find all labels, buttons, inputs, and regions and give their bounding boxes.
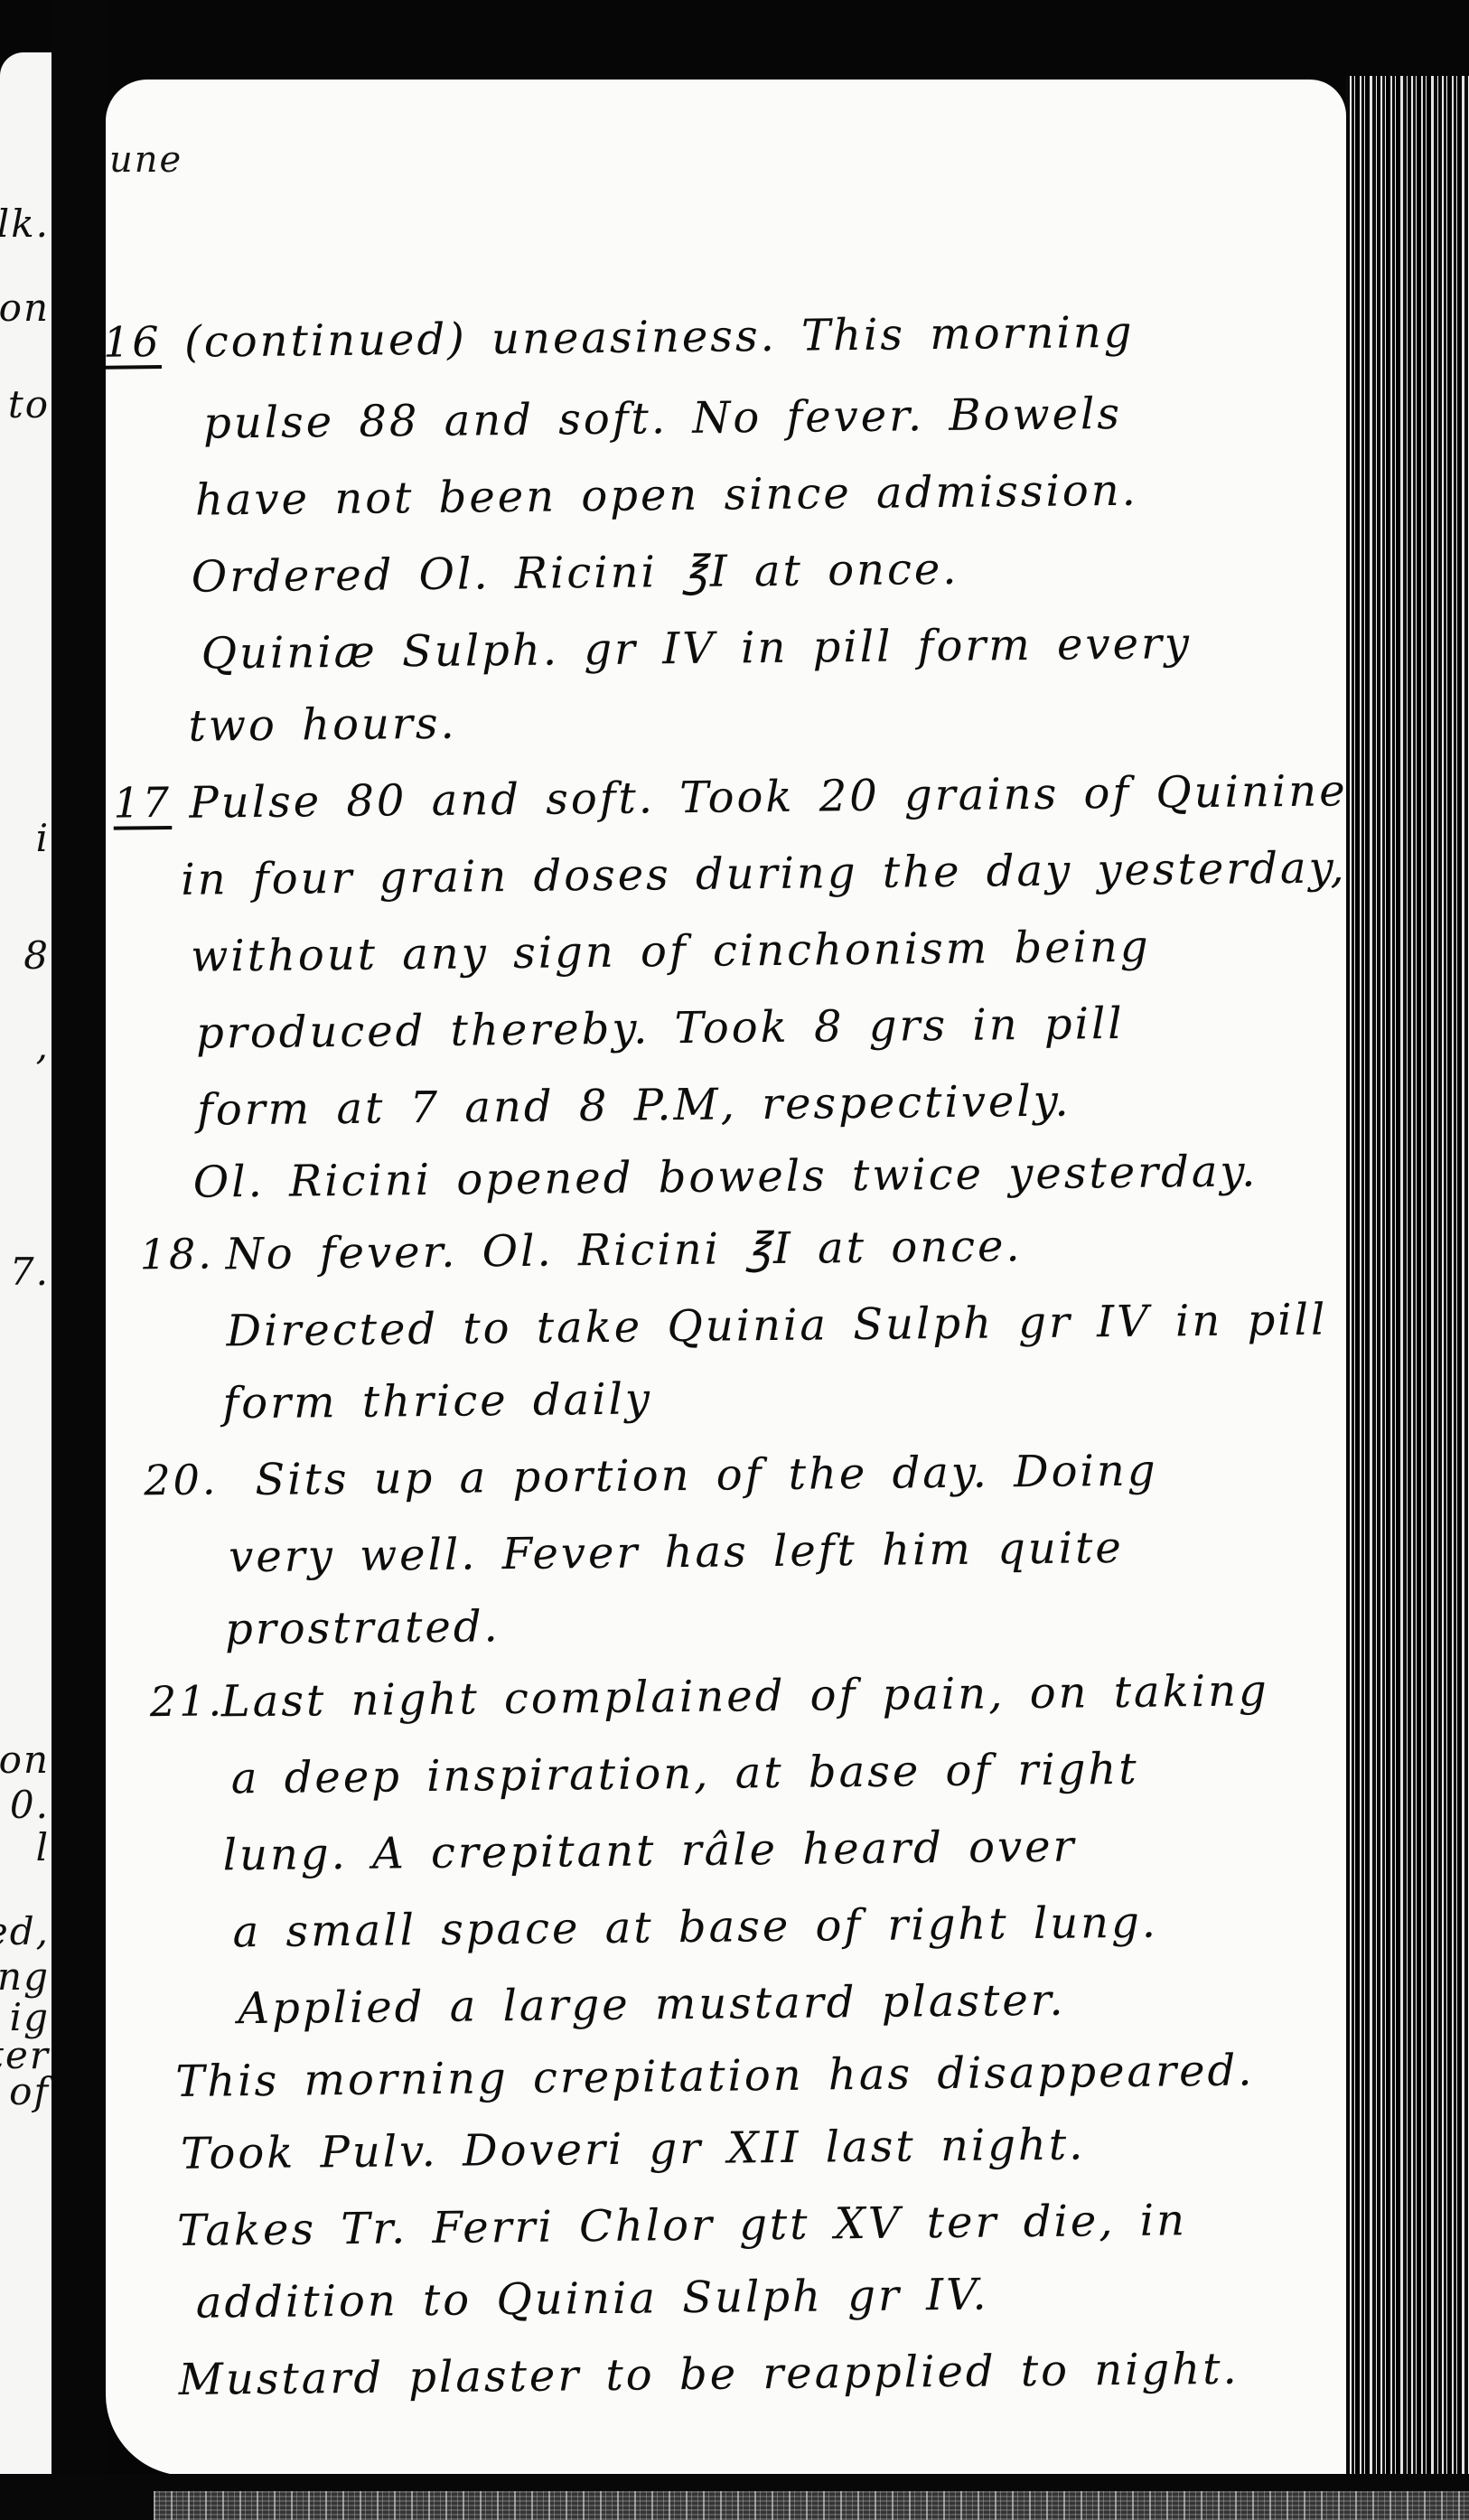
- scanned-page-photo: lk. on to i 8 , 7. tion 0. l ed, lung ig…: [0, 0, 1469, 2520]
- manuscript-line: Took Pulv. Doveri gr XII last night.: [115, 2116, 1346, 2185]
- manuscript-line: 16(continued) uneasiness. This morning: [106, 304, 1336, 373]
- margin-fragment: l: [36, 1825, 50, 1869]
- margin-fragment: ed,: [0, 1909, 50, 1953]
- manuscript-line: Ol. Ricini opened bowels twice yesterday…: [106, 1145, 1345, 1213]
- margin-fragment: 0.: [10, 1783, 50, 1827]
- manuscript-line: Directed to take Quinia Sulph gr IV in p…: [106, 1294, 1346, 1363]
- margin-fragment: lk.: [0, 201, 50, 246]
- manuscript-line: prostrated.: [109, 1592, 1346, 1661]
- manuscript-line: Mustard plaster to be reapplied to night…: [117, 2342, 1346, 2411]
- page-stack-fore-edge: [1346, 76, 1469, 2494]
- manuscript-line: very well. Fever has left him quite: [108, 1520, 1346, 1588]
- previous-page-edge: lk. on to i 8 , 7. tion 0. l ed, lung ig…: [0, 52, 51, 2478]
- margin-fragment: lung: [0, 1954, 50, 1999]
- margin-fragment: on: [0, 286, 50, 330]
- margin-fragment: tion: [0, 1738, 50, 1782]
- manuscript-line: This morning crepitation has disappeared…: [114, 2044, 1346, 2112]
- manuscript-line: in four grain doses during the day yeste…: [106, 842, 1343, 911]
- manuscript-line: a small space at base of right lung.: [112, 1895, 1346, 1963]
- margin-fragment: to: [8, 382, 50, 426]
- margin-fragment: ,: [36, 1024, 50, 1068]
- scan-noise-strip: [154, 2491, 1469, 2520]
- manuscript-line: Applied a large mustard plaster.: [113, 1972, 1346, 2040]
- manuscript-line: pulse 88 and soft. No fever. Bowels: [106, 386, 1337, 454]
- manuscript-line: two hours.: [106, 689, 1341, 757]
- manuscript-line: 18.No fever. Ol. Ricini ℥I at once.: [106, 1217, 1346, 1286]
- book-gutter: [51, 0, 106, 2520]
- manuscript-line: form at 7 and 8 P.M, respectively.: [106, 1073, 1344, 1141]
- entry-number: 21.: [150, 1676, 225, 1726]
- manuscript-line: Ordered Ol. Ricini ℥I at once.: [106, 539, 1339, 608]
- entry-number: 18.: [139, 1229, 214, 1279]
- handwriting-block: 16(continued) uneasiness. This morning p…: [106, 80, 1346, 2476]
- manuscript-line: addition to Quinia Sulph gr IV.: [117, 2265, 1346, 2334]
- entry-number: 20.: [144, 1455, 219, 1504]
- manuscript-line: form thrice daily: [107, 1366, 1346, 1435]
- margin-fragment: of: [9, 2069, 50, 2113]
- manuscript-line: Takes Tr. Ferri Chlor gtt XV ter die, in: [116, 2193, 1346, 2262]
- margin-fragment: 7.: [10, 1250, 50, 1294]
- entry-number: 17: [113, 778, 172, 828]
- manuscript-line: 21.Last night complained of pain, on tak…: [110, 1664, 1346, 1733]
- manuscript-line: 17Pulse 80 and soft. Took 20 grains of Q…: [106, 765, 1342, 834]
- entry-number: 16: [106, 317, 162, 367]
- manuscript-line: a deep inspiration, at base of right: [110, 1741, 1346, 1810]
- margin-fragment: 8: [23, 933, 50, 978]
- manuscript-line: lung. A crepitant râle heard over: [111, 1818, 1346, 1887]
- manuscript-line: without any sign of cinchonism being: [106, 919, 1343, 988]
- manuscript-line: produced thereby. Took 8 grs in pill: [106, 996, 1343, 1064]
- manuscript-line: have not been open since admission.: [106, 463, 1338, 531]
- manuscript-page: une 16(continued) uneasiness. This morni…: [106, 80, 1346, 2476]
- margin-fragment: i: [36, 816, 50, 860]
- manuscript-line: Quiniæ Sulph. gr IV in pill form every: [106, 616, 1340, 685]
- manuscript-line: 20.Sits up a portion of the day. Doing: [108, 1443, 1346, 1512]
